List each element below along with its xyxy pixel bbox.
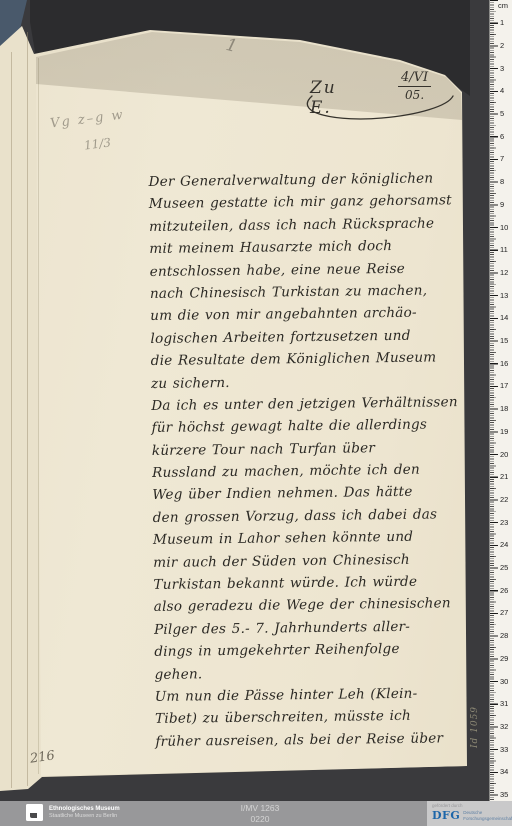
ink-flourish-stroke — [298, 94, 458, 124]
ruler-cm-label: 21 — [500, 472, 508, 481]
ruler-cm-label: 12 — [500, 268, 508, 277]
letter-body: Der Generalverwaltung der königlichenMus… — [148, 170, 473, 756]
ruler-cm-label: 34 — [500, 767, 508, 776]
ink-note-date-top: 4/VI — [398, 70, 431, 87]
ruler-cm-label: 2 — [500, 41, 504, 50]
ruler-cm-label: 7 — [500, 154, 504, 163]
ruler-cm-label: 25 — [500, 563, 508, 572]
ruler-cm-label: 8 — [500, 177, 504, 186]
ruler-cm-label: 35 — [500, 790, 508, 799]
museum-name: Ethnologisches Museum — [49, 805, 120, 813]
ruler-cm-ticks — [490, 0, 498, 801]
funding-label: gefördert durch — [432, 803, 463, 808]
ruler-cm-label: 18 — [500, 404, 508, 413]
archive-id: I/MV 1263 — [190, 803, 330, 814]
page-crease — [38, 58, 39, 774]
ruler-cm-label: 20 — [500, 450, 508, 459]
ruler-cm-label: 9 — [500, 200, 504, 209]
dfg-logo: DFG Deutsche Forschungsgemeinschaft — [432, 809, 512, 822]
ruler-cm-label: 6 — [500, 132, 504, 141]
scan-number: 0220 — [190, 814, 330, 824]
digitization-footer: Ethnologisches Museum Staatliche Museen … — [0, 801, 512, 826]
ruler-cm-label: 30 — [500, 677, 508, 686]
scanned-document-page: 1 Zu E. 4/VI 05. Vg z–g w 11/3 Der Gener… — [0, 0, 512, 826]
museum-branding: Ethnologisches Museum Staatliche Museen … — [26, 804, 120, 821]
ruler-cm-label: 10 — [500, 223, 508, 232]
ruler-unit-label: cm — [498, 1, 508, 10]
dfg-full-name: Deutsche Forschungsgemeinschaft — [463, 810, 512, 821]
ruler-cm-label: 14 — [500, 313, 508, 322]
ruler-cm-label: 17 — [500, 381, 508, 390]
museum-organization: Staatliche Museen zu Berlin — [49, 813, 120, 820]
dfg-funding-panel: gefördert durch DFG Deutsche Forschungsg… — [427, 801, 512, 826]
ruler-cm-label: 11 — [500, 245, 508, 254]
ruler-cm-label: 26 — [500, 586, 508, 595]
ruler-cm-label: 1 — [500, 18, 504, 27]
ruler-cm-label: 28 — [500, 631, 508, 640]
ruler-cm-label: 31 — [500, 699, 508, 708]
ruler-cm-label: 19 — [500, 427, 508, 436]
smb-museum-logo — [26, 804, 43, 821]
ruler-cm-label: 29 — [500, 654, 508, 663]
ruler-cm-label: 15 — [500, 336, 508, 345]
dfg-acronym: DFG — [432, 809, 460, 822]
letter-line: früher ausreisen, als bei der Reise über — [155, 730, 473, 756]
dfg-name-line2: Forschungsgemeinschaft — [463, 816, 512, 821]
museum-text-block: Ethnologisches Museum Staatliche Museen … — [49, 805, 120, 820]
page-crease — [11, 52, 12, 788]
pencil-side-note-vertical: Id 1059 — [470, 692, 480, 762]
measurement-ruler: cm 1234567891011121314151617181920212223… — [489, 0, 512, 801]
ruler-cm-label: 4 — [500, 86, 504, 95]
ruler-cm-label: 23 — [500, 518, 508, 527]
ruler-cm-label: 32 — [500, 722, 508, 731]
ruler-cm-label: 33 — [500, 745, 508, 754]
ruler-cm-label: 27 — [500, 608, 508, 617]
ruler-cm-label: 24 — [500, 540, 508, 549]
ruler-cm-label: 3 — [500, 64, 504, 73]
ruler-cm-label: 13 — [500, 291, 508, 300]
ruler-cm-label: 16 — [500, 359, 508, 368]
archive-identifier: I/MV 1263 0220 — [190, 803, 330, 824]
page-crease — [27, 32, 28, 786]
ruler-cm-label: 22 — [500, 495, 508, 504]
dfg-name-line1: Deutsche — [463, 810, 482, 815]
ruler-cm-label: 5 — [500, 109, 504, 118]
